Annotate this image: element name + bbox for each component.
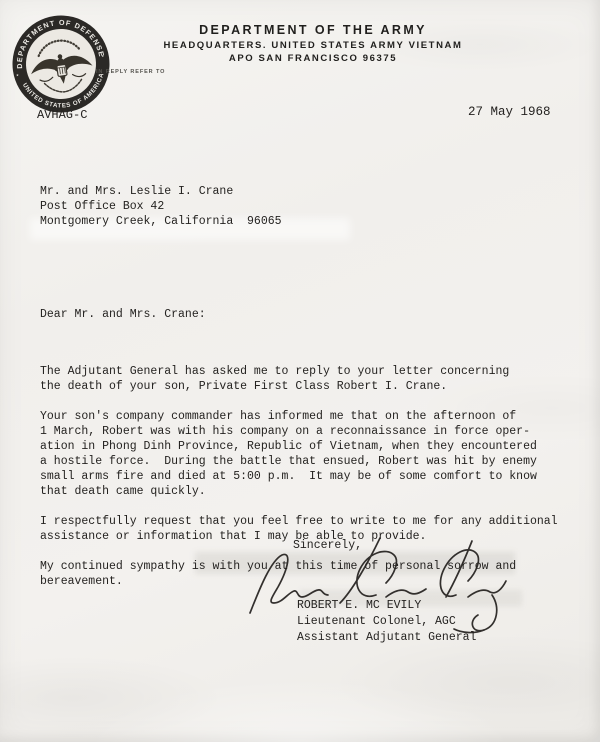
text-line: Mr. and Mrs. Leslie I. Crane [40, 184, 282, 199]
reference-code: AVHAG-C [37, 108, 87, 123]
text-line: small arms fire and died at 5:00 p.m. It… [40, 469, 558, 484]
text-line: Montgomery Creek, California 96065 [40, 214, 282, 229]
letterhead-apo-line: APO SAN FRANCISCO 96375 [26, 53, 600, 64]
text-line: the death of your son, Private First Cla… [40, 379, 558, 394]
in-reply-refer-to-note: IN REPLY REFER TO [96, 69, 165, 75]
text-line: that death came quickly. [40, 484, 558, 499]
text-line: Your son's company commander has informe… [40, 409, 558, 424]
handwritten-signature-icon [240, 533, 512, 641]
text-line: 1 March, Robert was with his company on … [40, 424, 558, 439]
salutation: Dear Mr. and Mrs. Crane: [40, 307, 558, 322]
text-line: I respectfully request that you feel fre… [40, 514, 558, 529]
text-line: Post Office Box 42 [40, 199, 282, 214]
recipient-address: Mr. and Mrs. Leslie I. CranePost Office … [40, 184, 282, 229]
scanned-letter-page: DEPARTMENT OF DEFENSE UNITED STATES OF A… [0, 0, 600, 742]
letterhead-org-title: DEPARTMENT OF THE ARMY [26, 23, 600, 37]
letter-date: 27 May 1968 [468, 105, 551, 120]
text-line: The Adjutant General has asked me to rep… [40, 364, 558, 379]
text-line: a hostile force. During the battle that … [40, 454, 558, 469]
letterhead-headquarters-line: HEADQUARTERS. UNITED STATES ARMY VIETNAM [26, 40, 600, 51]
paragraph: The Adjutant General has asked me to rep… [40, 364, 558, 394]
text-line: ation in Phong Dinh Province, Republic o… [40, 439, 558, 454]
paragraph: Your son's company commander has informe… [40, 409, 558, 499]
